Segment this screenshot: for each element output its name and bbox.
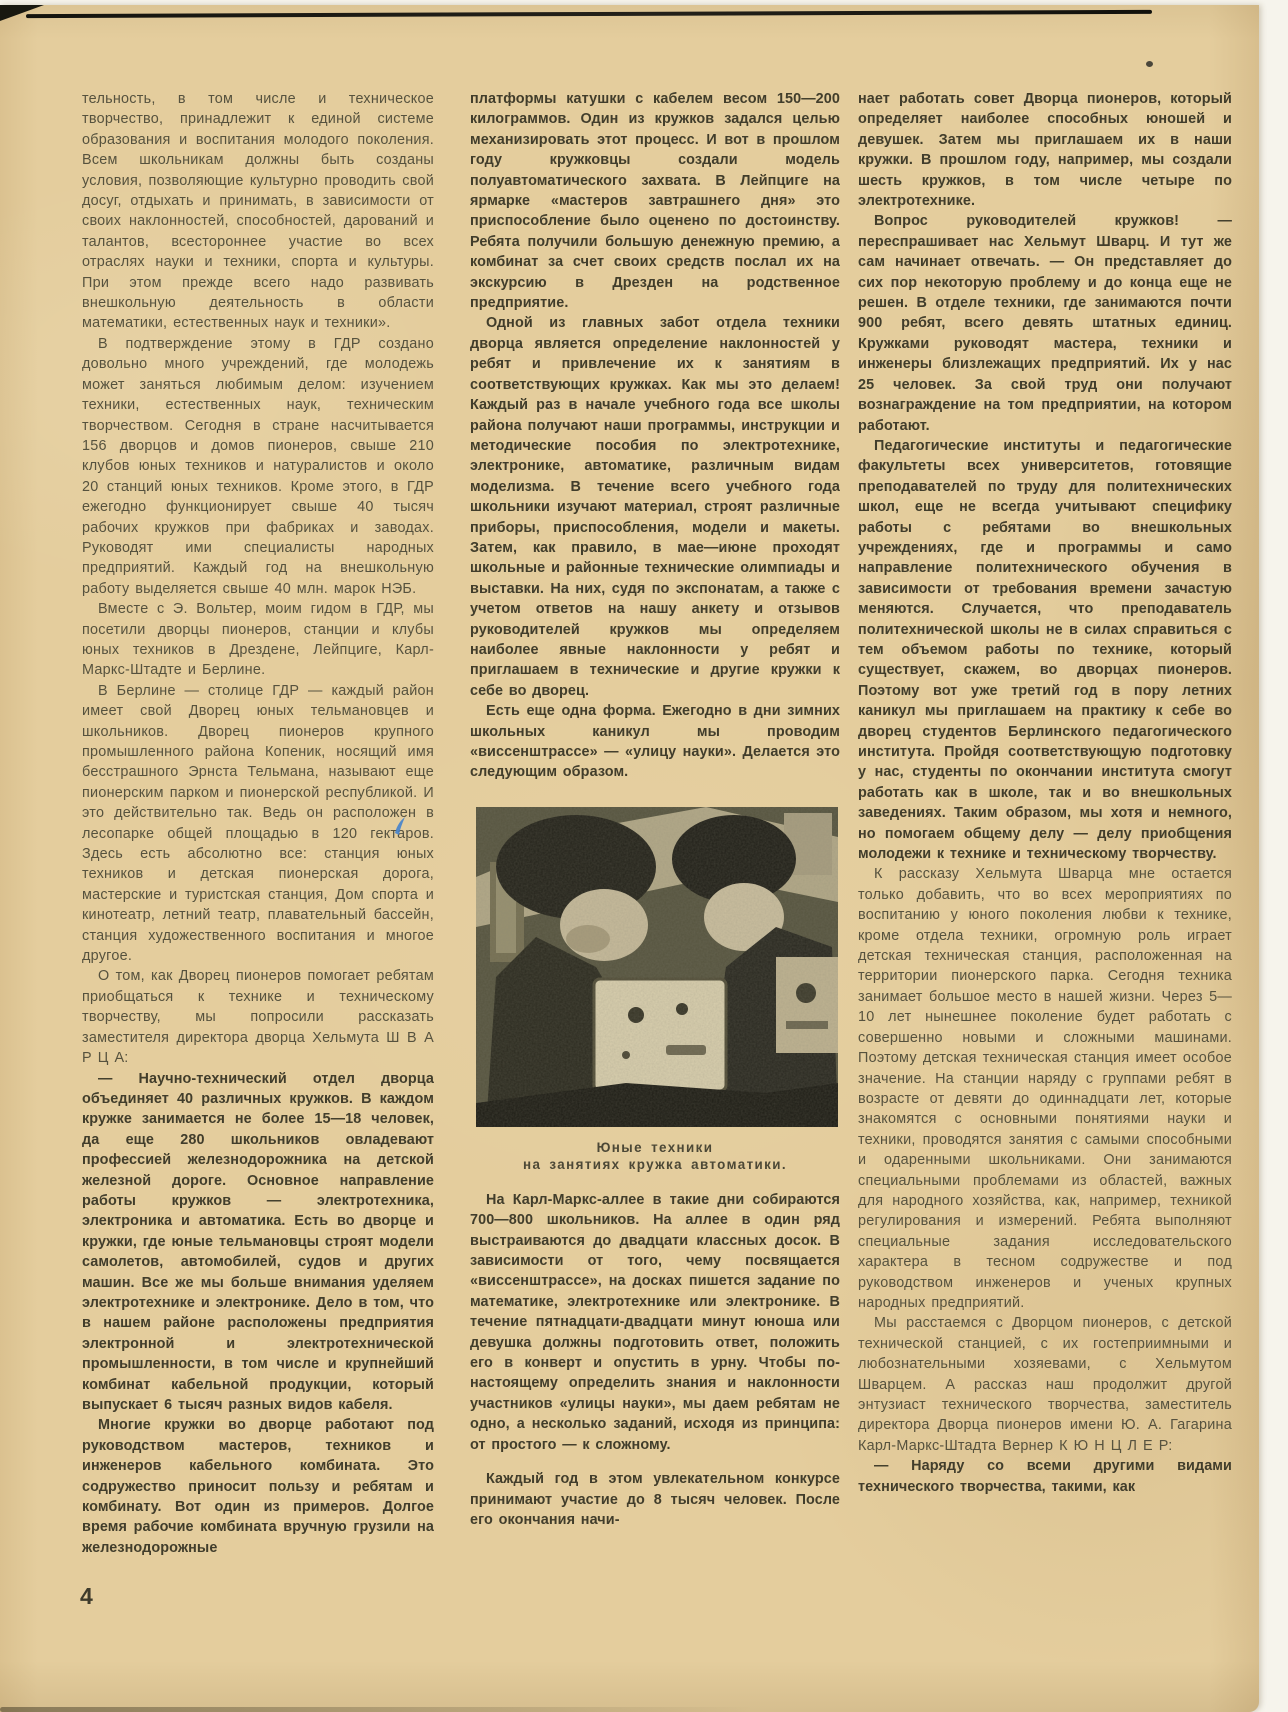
paragraph: О том, как Дворец пионеров помогает ребя…: [82, 966, 434, 1068]
paragraph: Есть еще одна форма. Ежегодно в дни зимн…: [470, 701, 840, 783]
text-column-3: нает работать совет Дворца пионеров, кот…: [858, 89, 1232, 1497]
paragraph: В подтверждение этому в ГДР создано дово…: [82, 334, 434, 599]
halftone-photo: [476, 807, 838, 1127]
photo-illustration: [476, 807, 838, 1127]
magazine-page: тельность, в том числе и техническое тво…: [0, 5, 1259, 1712]
paragraph: платформы катушки с кабелем весом 150—20…: [470, 89, 840, 313]
paragraph: К рассказу Хельмута Шварца мне остается …: [858, 864, 1232, 1313]
scan-corner-shadow: [0, 5, 44, 21]
paragraph: Одной из главных забот отдела техники дв…: [470, 313, 840, 701]
paragraph: Многие кружки во дворце работают под рук…: [82, 1415, 434, 1558]
column-2-upper-text: платформы катушки с кабелем весом 150—20…: [470, 89, 840, 783]
photo-caption: Юные техники на занятиях кружка автомати…: [470, 1139, 840, 1174]
text-column-1: тельность, в том числе и техническое тво…: [82, 89, 434, 1558]
paragraph: На Карл-Маркс-аллее в такие дни собирают…: [470, 1190, 840, 1455]
paragraph: нает работать совет Дворца пионеров, кот…: [858, 89, 1232, 211]
paragraph: Вместе с Э. Вольтер, моим гидом в ГДР, м…: [82, 599, 434, 681]
paragraph: Педагогические институты и педагогически…: [858, 436, 1232, 865]
paragraph: — Наряду со всеми другими видами техниче…: [858, 1456, 1232, 1497]
paragraph: тельность, в том числе и техническое тво…: [82, 89, 434, 334]
pen-mark: [392, 815, 408, 837]
column-2-lower-text: На Карл-Маркс-аллее в такие дни собирают…: [470, 1190, 840, 1531]
paragraph: — Научно-технический отдел дворца объеди…: [82, 1069, 434, 1416]
text-column-2: платформы катушки с кабелем весом 150—20…: [470, 89, 840, 1530]
photo-caption-line2: на занятиях кружка автоматики.: [470, 1156, 840, 1174]
paragraph: В Берлине — столице ГДР — каждый район и…: [82, 681, 434, 967]
scan-top-edge: [26, 10, 1152, 18]
scan-bottom-edge: [0, 1707, 755, 1712]
paragraph: Вопрос руководителей кружков! — переспра…: [858, 211, 1232, 435]
paragraph: Каждый год в этом увлекательном конкурсе…: [470, 1469, 840, 1530]
ink-fleck: [1146, 61, 1153, 67]
page-number: 4: [80, 1583, 94, 1610]
photo-caption-line1: Юные техники: [470, 1139, 840, 1157]
paragraph: Мы расстаемся с Дворцом пионеров, с детс…: [858, 1313, 1232, 1456]
